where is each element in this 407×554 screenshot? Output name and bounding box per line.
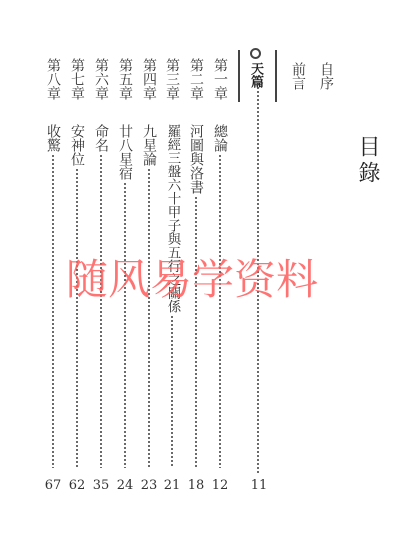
toc-entry-8[interactable]: 第八章 收驚: [44, 58, 62, 468]
circle-icon: [250, 48, 261, 59]
page-number: 12: [208, 478, 232, 493]
chapter-title: 安神位: [68, 124, 86, 166]
dot-leader: [219, 154, 221, 468]
chapter-title: 廿八星宿: [116, 124, 134, 180]
front-matter-foreword: 前言: [290, 62, 306, 90]
page-number: 62: [65, 478, 89, 493]
page-number: 23: [137, 478, 161, 493]
chapter-number: 第五章: [116, 58, 134, 116]
page-number: 67: [41, 478, 65, 493]
divider-line: [238, 50, 240, 102]
chapter-title: 總論: [211, 124, 229, 152]
dot-leader: [52, 154, 54, 468]
page-number: 35: [89, 478, 113, 493]
chapter-title: 命名: [92, 124, 110, 152]
front-matter-preface: 自序: [318, 62, 334, 90]
chapter-title: 河圖與洛書: [187, 124, 205, 194]
watermark-text: 随风易学资料: [66, 247, 318, 307]
dot-leader: [195, 196, 197, 468]
chapter-title: 九星論: [140, 124, 158, 166]
dot-leader: [76, 168, 78, 468]
chapter-number: 第八章: [44, 58, 62, 116]
page-number: 18: [184, 478, 208, 493]
page-number-section: 11: [247, 478, 271, 493]
dot-leader: [171, 315, 173, 468]
dot-leader: [124, 182, 126, 468]
divider-line: [275, 50, 277, 102]
page-title: 目錄: [355, 135, 379, 187]
chapter-number: 第一章: [211, 58, 229, 116]
page-number: 21: [160, 478, 184, 493]
page-number: 24: [113, 478, 137, 493]
chapter-number: 第二章: [187, 58, 205, 116]
dot-leader: [100, 154, 102, 468]
chapter-number: 第六章: [92, 58, 110, 116]
chapter-number: 第三章: [163, 58, 181, 116]
chapter-number: 第四章: [140, 58, 158, 116]
chapter-number: 第七章: [68, 58, 86, 116]
dot-leader: [148, 168, 150, 468]
chapter-title: 收驚: [44, 124, 62, 152]
